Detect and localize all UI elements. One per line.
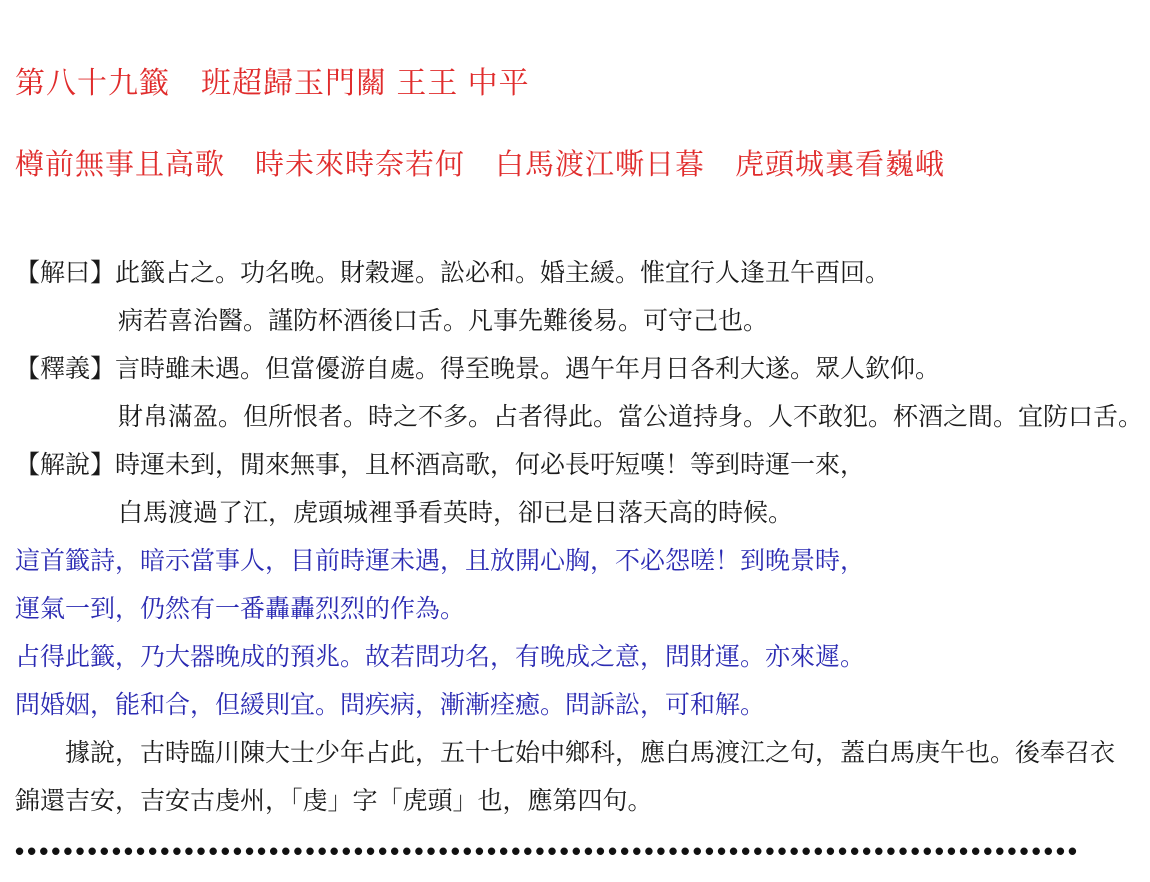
jieshuo-label: 【解說】 xyxy=(15,451,115,479)
shiyi-label: 【釋義】 xyxy=(15,355,115,383)
fortune-stick-page: 第八十九籤 班超歸玉門關 王王 中平 樽前無事且高歌 時未來時奈若何 白馬渡江嘶… xyxy=(0,0,1150,882)
commentary-line-1: 這首籤詩，暗示當事人，目前時運未遇，且放開心胸，不必怨嗟！到晚景時， xyxy=(15,537,1135,585)
commentary-line-3: 占得此籤，乃大器晚成的預兆。故若問功名，有晚成之意，問財運。亦來遲。 xyxy=(15,633,1135,681)
commentary-block: 這首籤詩，暗示當事人，目前時運未遇，且放開心胸，不必怨嗟！到晚景時， 運氣一到，… xyxy=(15,537,1135,729)
fortune-poem: 樽前無事且高歌 時未來時奈若何 白馬渡江嘶日暮 虎頭城裏看巍峨 xyxy=(15,142,1135,183)
shiyi-line1: 【釋義】言時雖未遇。但當優游自處。得至晚景。遇午年月日各利大遂。眾人欽仰。 xyxy=(15,345,1135,393)
jieyue-text1: 此籤占之。功名晚。財穀遲。訟必和。婚主緩。惟宜行人逢丑午酉回。 xyxy=(115,259,890,287)
shiyi-line2: 財帛滿盈。但所恨者。時之不多。占者得此。當公道持身。人不敢犯。杯酒之間。宜防口舌… xyxy=(15,393,1135,441)
shiyi-text1: 言時雖未遇。但當優游自處。得至晚景。遇午年月日各利大遂。眾人欽仰。 xyxy=(115,355,940,383)
interpretation-block: 【解曰】此籤占之。功名晚。財穀遲。訟必和。婚主緩。惟宜行人逢丑午酉回。 病若喜治… xyxy=(15,249,1135,537)
commentary-line-4: 問婚姻，能和合，但緩則宜。問疾病，漸漸痊癒。問訴訟，可和解。 xyxy=(15,681,1135,729)
commentary-line-2: 運氣一到，仍然有一番轟轟烈烈的作為。 xyxy=(15,585,1135,633)
page-title: 第八十九籤 班超歸玉門關 王王 中平 xyxy=(15,58,1135,102)
dotted-divider: ••••••••••••••••••••••••••••••••••••••••… xyxy=(15,831,1135,871)
jieshuo-line2: 白馬渡過了江，虎頭城裡爭看英時，卻已是日落天高的時候。 xyxy=(15,489,1135,537)
anecdote-paragraph: 據說，古時臨川陳大士少年占此，五十七始中鄉科，應白馬渡江之句，蓋白馬庚午也。後奉… xyxy=(15,729,1135,825)
jieshuo-text1: 時運未到，閒來無事，且杯酒高歌，何必長吁短嘆！等到時運一來， xyxy=(115,451,865,479)
jieyue-line1: 【解曰】此籤占之。功名晚。財穀遲。訟必和。婚主緩。惟宜行人逢丑午酉回。 xyxy=(15,249,1135,297)
jieyue-line2: 病若喜治醫。謹防杯酒後口舌。凡事先難後易。可守己也。 xyxy=(15,297,1135,345)
jieyue-label: 【解曰】 xyxy=(15,259,115,287)
jieshuo-line1: 【解說】時運未到，閒來無事，且杯酒高歌，何必長吁短嘆！等到時運一來， xyxy=(15,441,1135,489)
